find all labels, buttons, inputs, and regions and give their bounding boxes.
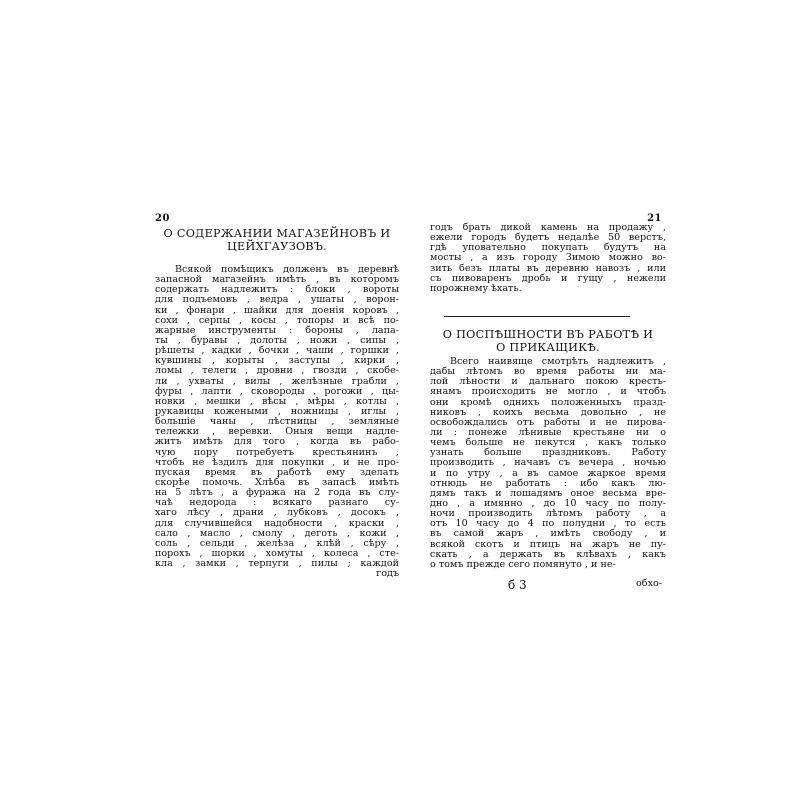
body-text: Всего наивяще смотрѣть надлежитъ ,дабы л… [430,357,666,570]
heading-line: О СОДЕРЖАНИИ МАГАЗЕЙНОВЪ И [155,227,399,240]
continued-text: годъ брать дикой камень на продажу ,ежел… [430,223,666,294]
printer-signature-mark: б 3 [508,578,527,592]
text-line: хаго лѣсу , драни , лубковъ , досокъ , [155,508,399,518]
text-line: кла , замки , терпуги , пилы ; каждой [155,559,399,569]
text-line: о томъ прежде сего помянуто , и не- [430,560,666,570]
text-line: житъ имѣть для того , когда въ рабо- [155,437,399,447]
page-number: 20 [155,213,170,224]
heading-line: О ПОСПѢШНОСТИ ВЪ РАБОТѢ И [430,328,666,341]
text-line: порожнему ѣхать. [430,284,666,294]
body-text: Всякой помѣщикъ долженъ въ деревнѣзапасн… [155,265,399,579]
heading-line: ЦЕЙХГАУЗОВЪ. [155,240,399,253]
catchword: обхо- [636,578,662,589]
chapter-heading: О СОДЕРЖАНИИ МАГАЗЕЙНОВЪ И ЦЕЙХГАУЗОВЪ. [155,227,399,253]
chapter-heading: О ПОСПѢШНОСТИ ВЪ РАБОТѢ И О ПРИКАЩИКѢ. [430,328,666,354]
text-line: годъ [155,569,399,579]
section-divider [444,316,630,317]
text-line: въ самой жаръ , имѣть свободу , и [430,529,666,539]
heading-line: О ПРИКАЩИКѢ. [430,341,666,354]
